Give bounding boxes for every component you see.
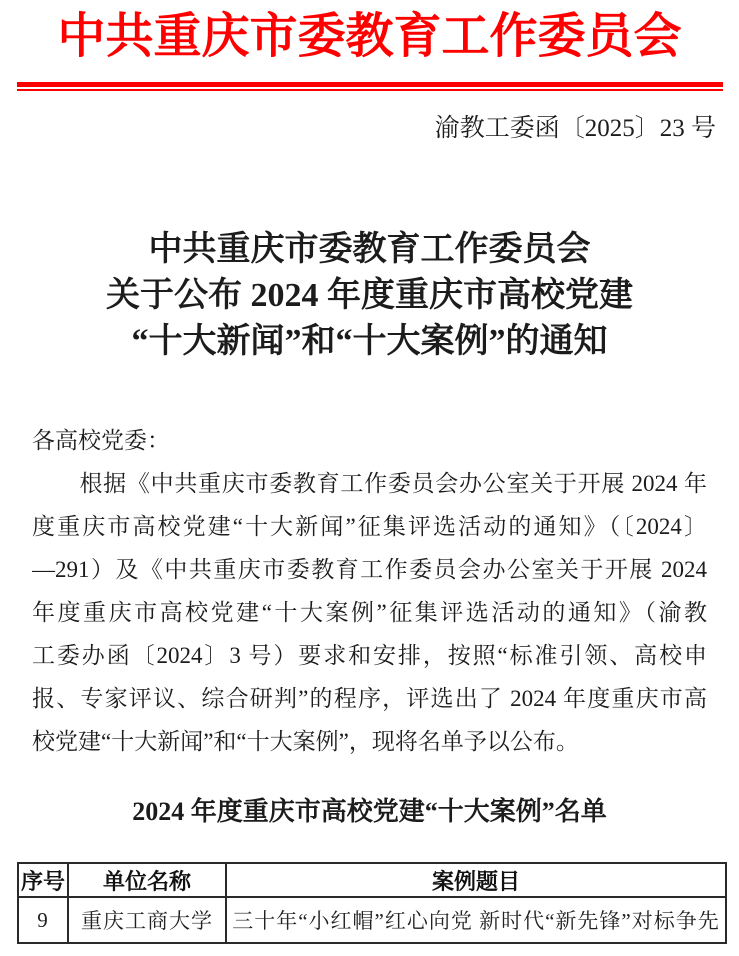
body-line-6: 报、专家评议、综合研判”的程序，评选出了 2024 年度重庆市高 bbox=[32, 677, 707, 720]
document-number: 渝教工委函〔2025〕23 号 bbox=[0, 112, 739, 145]
document-title-line-2: 关于公布 2024 年度重庆市高校党建 bbox=[0, 273, 739, 319]
table-header-row: 序号 单位名称 案例题目 bbox=[18, 863, 726, 897]
letterhead-org-name: 中共重庆市委教育工作委员会 bbox=[0, 0, 739, 68]
body-line-3: —291）及《中共重庆市委教育工作委员会办公室关于开展 2024 bbox=[32, 548, 707, 591]
document-title-line-1: 中共重庆市委教育工作委员会 bbox=[0, 227, 739, 273]
list-heading: 2024 年度重庆市高校党建“十大案例”名单 bbox=[0, 794, 739, 829]
body-line-1: 根据《中共重庆市委教育工作委员会办公室关于开展 2024 年 bbox=[32, 462, 707, 505]
cell-case-title: 三十年“小红帽”红心向党 新时代“新先锋”对标争先 bbox=[226, 897, 726, 943]
letterhead-rule bbox=[17, 82, 723, 91]
body-line-2: 度重庆市高校党建“十大新闻”征集评选活动的通知》（〔2024〕 bbox=[32, 505, 707, 548]
table-row: 9 重庆工商大学 三十年“小红帽”红心向党 新时代“新先锋”对标争先 bbox=[18, 897, 726, 943]
cell-index: 9 bbox=[18, 897, 68, 943]
document-body: 各高校党委： 根据《中共重庆市委教育工作委员会办公室关于开展 2024 年 度重… bbox=[32, 419, 707, 763]
column-header-unit: 单位名称 bbox=[68, 863, 226, 897]
salutation: 各高校党委： bbox=[32, 419, 707, 462]
document-page: 中共重庆市委教育工作委员会 渝教工委函〔2025〕23 号 中共重庆市委教育工作… bbox=[0, 0, 739, 956]
body-line-4: 年度重庆市高校党建“十大案例”征集评选活动的通知》（渝教 bbox=[32, 591, 707, 634]
body-line-7: 校党建“十大新闻”和“十大案例”，现将名单予以公布。 bbox=[32, 720, 707, 763]
cell-unit: 重庆工商大学 bbox=[68, 897, 226, 943]
column-header-case-title: 案例题目 bbox=[226, 863, 726, 897]
case-table: 序号 单位名称 案例题目 9 重庆工商大学 三十年“小红帽”红心向党 新时代“新… bbox=[17, 862, 727, 944]
document-title-line-3: “十大新闻”和“十大案例”的通知 bbox=[0, 319, 739, 365]
column-header-index: 序号 bbox=[18, 863, 68, 897]
body-line-5: 工委办函〔2024〕3 号）要求和安排，按照“标准引领、高校申 bbox=[32, 634, 707, 677]
document-title: 中共重庆市委教育工作委员会 关于公布 2024 年度重庆市高校党建 “十大新闻”… bbox=[0, 227, 739, 365]
